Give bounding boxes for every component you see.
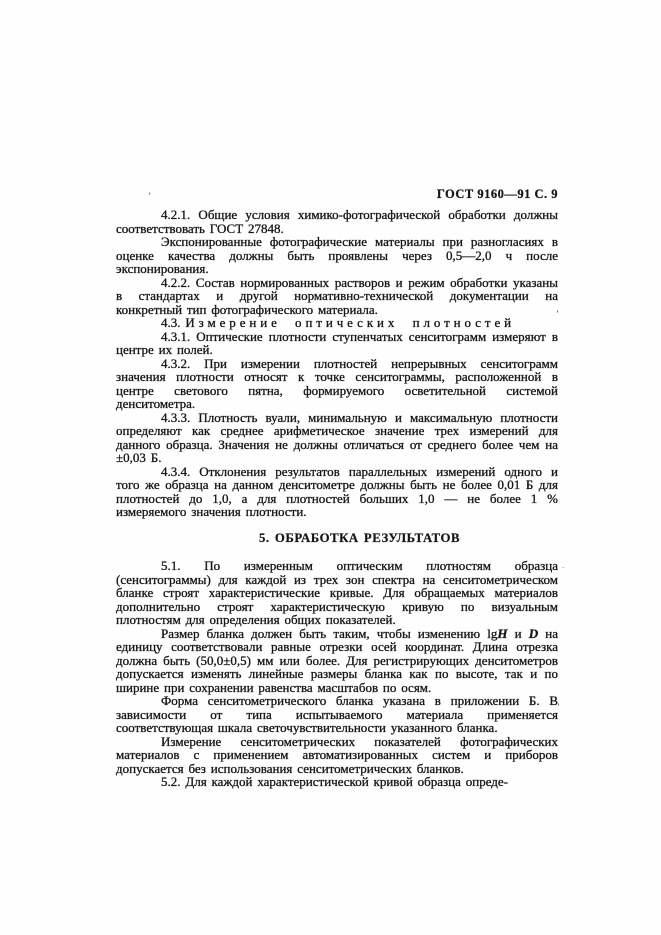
scan-artifact: · xyxy=(545,739,547,746)
paragraph-blank-form: Форма сенситометрического бланка указана… xyxy=(116,694,558,735)
document-number-and-page: ГОСТ 9160—91 С. 9 xyxy=(437,187,558,201)
paragraph-5-2-truncated: 5.2. Для каждой характеристической криво… xyxy=(116,775,558,789)
heading-section-5: 5. ОБРАБОТКА РЕЗУЛЬТАТОВ xyxy=(116,532,558,546)
paragraph-4-3-4: 4.3.4. Отклонения результатов параллельн… xyxy=(116,465,558,519)
scan-artifact: ’ xyxy=(556,310,559,319)
scan-artifact: ’ xyxy=(148,192,151,201)
paragraph-4-2-1: 4.2.1. Общие условия химико-фотографичес… xyxy=(116,208,558,235)
document-body: 4.2.1. Общие условия химико-фотографичес… xyxy=(116,208,558,789)
paragraph-blank-size: Размер бланка должен быть таким, чтобы и… xyxy=(116,627,558,695)
paragraph-automated-systems: Измерение сенситометрических показателей… xyxy=(116,735,558,776)
paragraph-5-1: 5.1. По измеренным оптическим плотностям… xyxy=(116,559,558,627)
paragraph-4-3-3: 4.3.3. Плотность вуали, минимальную и ма… xyxy=(116,411,558,465)
scanned-document-page: ГОСТ 9160—91 С. 9 4.2.1. Общие условия х… xyxy=(0,0,661,935)
paragraph-4-3-1: 4.3.1. Оптические плотности ступенчатых … xyxy=(116,330,558,357)
paragraph-4-2-2: 4.2.2. Состав нормированных растворов и … xyxy=(116,276,558,317)
paragraph-4-3-2: 4.3.2. При измерении плотностей непрерыв… xyxy=(116,357,558,411)
heading-4-3-number: 4.3. xyxy=(161,315,181,330)
paragraph-exposed-materials: Экспонированные фотографические материал… xyxy=(116,235,558,276)
heading-4-3-title: Измерение оптических плотностей xyxy=(185,315,515,330)
scan-artifact: ’ xyxy=(557,703,560,712)
heading-4-3: 4.3. Измерение оптических плотностей xyxy=(116,316,558,330)
page-header: ГОСТ 9160—91 С. 9 xyxy=(116,187,558,202)
scan-artifact: · xyxy=(562,565,564,572)
